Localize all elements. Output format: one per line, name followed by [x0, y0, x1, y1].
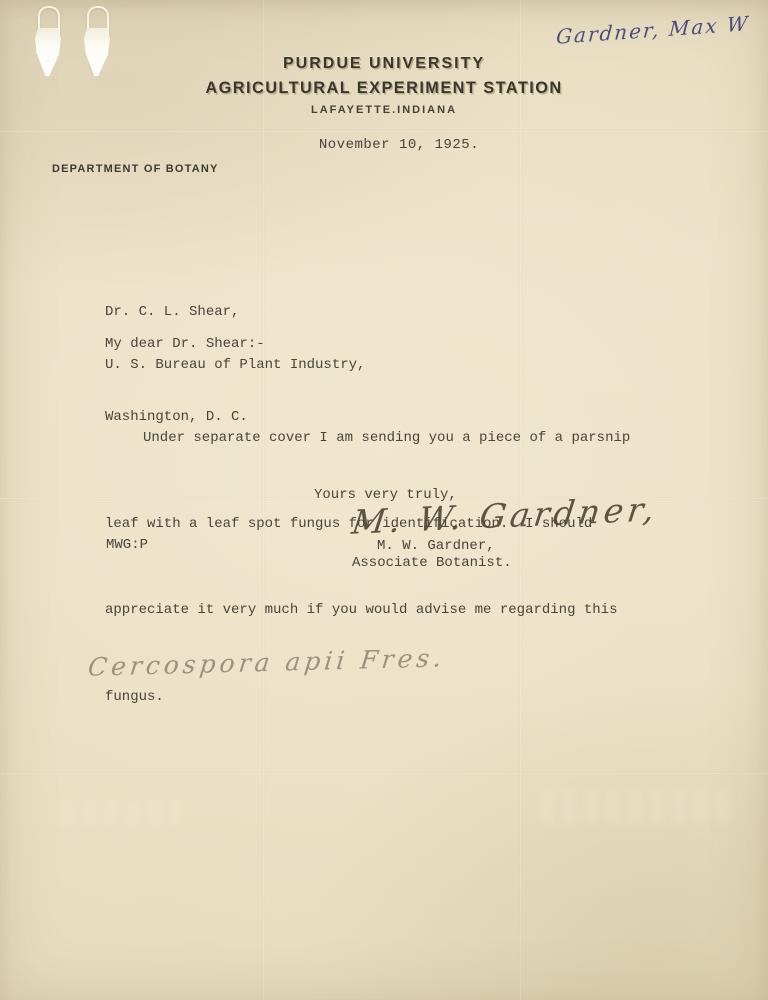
signature-title: Associate Botanist. [352, 555, 512, 571]
department-line: DEPARTMENT OF BOTANY [52, 163, 219, 175]
ink-bleed-ghost [540, 790, 730, 824]
body-line: Under separate cover I am sending you a … [105, 424, 630, 453]
letterhead-university: PURDUE UNIVERSITY [0, 55, 768, 73]
handwritten-name-annotation: Gardner, Max W [555, 11, 750, 49]
fold-crease-horizontal [0, 130, 768, 133]
ink-bleed-ghost [60, 800, 180, 826]
recipient-name: Dr. C. L. Shear, [105, 304, 365, 322]
letterhead-station: AGRICULTURAL EXPERIMENT STATION [15, 78, 752, 98]
letterhead: PURDUE UNIVERSITY AGRICULTURAL EXPERIMEN… [0, 55, 768, 116]
fold-crease-horizontal [0, 772, 768, 775]
signature-typed-name: M. W. Gardner, [377, 538, 495, 554]
typist-initials: MWG:P [106, 537, 148, 553]
letter-scan: Gardner, Max W PURDUE UNIVERSITY AGRICUL… [0, 0, 768, 1000]
salutation: My dear Dr. Shear:- [105, 336, 265, 352]
date-line: November 10, 1925. [30, 137, 768, 153]
body-line: appreciate it very much if you would adv… [105, 596, 630, 625]
letterhead-location: LAFAYETTE.INDIANA [0, 104, 768, 116]
body-line: fungus. [105, 683, 630, 712]
